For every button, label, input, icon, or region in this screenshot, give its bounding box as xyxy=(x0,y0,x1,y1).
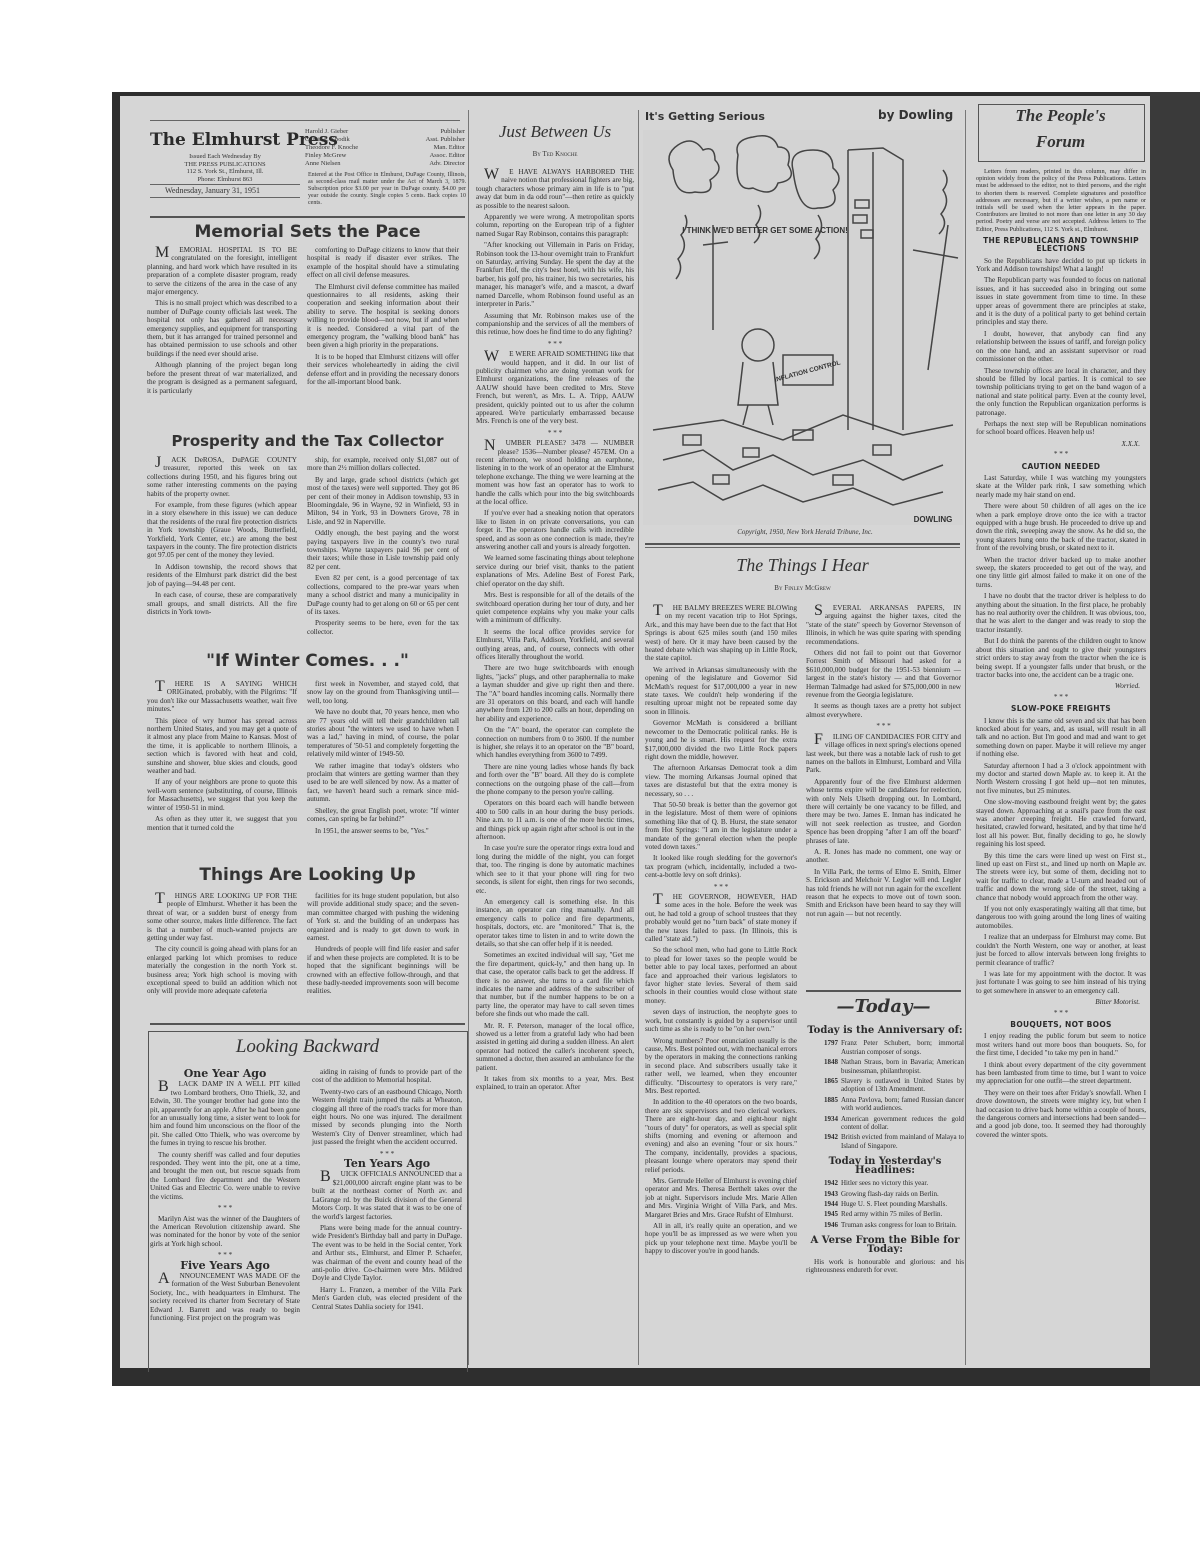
headline-text: Hitler sees no victory this year. xyxy=(841,1179,928,1187)
cartoon-title: It's Getting Serious xyxy=(645,110,765,123)
anniversary-item: 1942British evicted from mainland of Mal… xyxy=(806,1133,964,1150)
separator-stars: * * * xyxy=(645,883,797,891)
paragraph: Harry L. Franzen, a member of the Villa … xyxy=(312,1286,462,1311)
cartoon-label: INFLATION CONTROL xyxy=(774,359,842,383)
headline-year: 1945 xyxy=(806,1210,841,1218)
headline-item: 1946Truman asks congress for loan to Bri… xyxy=(806,1221,964,1229)
letter-signature: X.X.X. xyxy=(976,440,1140,448)
anniversary-item: 1934American government reduces the gold… xyxy=(806,1115,964,1132)
headline-year: 1942 xyxy=(806,1179,841,1187)
one-year-ago-heading: One Year Ago xyxy=(150,1070,300,1078)
section-rule xyxy=(645,547,960,548)
column-byline: By Finley McGrew xyxy=(645,584,960,592)
staff-row: Anne NielsenAdv. Director xyxy=(305,160,465,168)
forum-title-line2: Forum xyxy=(978,132,1143,152)
paragraph: Even 82 per cent, is a good percentage o… xyxy=(307,574,459,616)
anniversary-text: American government reduces the gold con… xyxy=(841,1115,964,1132)
anniversary-year: 1865 xyxy=(806,1077,841,1094)
headline-text: Red army within 75 miles of Berlin. xyxy=(841,1210,942,1218)
letter-heading: BOUQUETS, NOT BOOS xyxy=(976,1021,1146,1029)
paragraph: If you've ever had a sneaking notion tha… xyxy=(476,509,634,551)
looking-backward-title: Looking Backward xyxy=(150,1036,465,1058)
paragraph: It is to be hoped that Elmhurst citizens… xyxy=(307,353,459,387)
editorial-column: THERE IS A SAYING WHICH ORIGinated, prob… xyxy=(147,680,297,835)
peoples-forum-column: Letters from readers, printed in this co… xyxy=(976,168,1146,1363)
paragraph: These township offices are local in char… xyxy=(976,367,1146,417)
paragraph: By this time the cars were lined up west… xyxy=(976,852,1146,902)
paragraph: This is no small project which was descr… xyxy=(147,299,297,358)
paragraph: BLACK DAMP IN A WELL PIT killed two Lomb… xyxy=(150,1080,300,1147)
editorial-column: facilities for its huge student populati… xyxy=(307,892,459,999)
paragraph: facilities for its huge student populati… xyxy=(307,892,459,942)
paragraph: ship, for example, received only $1,087 … xyxy=(307,456,459,473)
today-column: Today is the Anniversary of: 1797Franz P… xyxy=(806,1025,964,1370)
separator-stars: * * * xyxy=(976,693,1146,701)
cartoon-author: by Dowling xyxy=(878,108,953,122)
editorial-column: first week in November, and stayed cold,… xyxy=(307,680,459,838)
staff-name: Harold J. Gieber xyxy=(305,128,348,136)
paragraph: THINGS ARE LOOKING UP FOR THE people of … xyxy=(147,892,297,942)
paragraph: The Elmhurst civil defense committee has… xyxy=(307,283,459,350)
verse-text: His work is honourable and glorious: and… xyxy=(806,1258,964,1275)
masthead-line: Phone: Elmhurst 863 xyxy=(160,176,290,184)
paragraph: Mr. R. F. Peterson, manager of the local… xyxy=(476,1022,634,1072)
separator-stars: * * * xyxy=(806,722,961,730)
paragraph: So the Republicans have decided to put u… xyxy=(976,257,1146,274)
column-divider xyxy=(468,110,469,1365)
paragraph: Shelley, the great English poet, wrote: … xyxy=(307,807,459,824)
paragraph: THERE IS A SAYING WHICH ORIGinated, prob… xyxy=(147,680,297,714)
editorial-column: comforting to DuPage citizens to know th… xyxy=(307,246,459,390)
things-i-hear-column: SEVERAL ARKANSAS PAPERS, IN arguing agai… xyxy=(806,604,961,986)
masthead-entered-notice: Entered at the Post Office in Elmhurst, … xyxy=(308,172,466,207)
paragraph: seven days of instruction, the neophyte … xyxy=(645,1008,797,1033)
masthead-date: Wednesday, January 31, 1951 xyxy=(165,186,260,195)
paragraph: If any of your neighbors are prone to qu… xyxy=(147,778,297,812)
editorial-column: ship, for example, received only $1,087 … xyxy=(307,456,459,639)
editorial-title: "If Winter Comes. . ." xyxy=(150,651,465,671)
date-rule-bottom xyxy=(150,197,300,198)
paragraph: NUMBER PLEASE? 3478 — NUMBER please? 153… xyxy=(476,439,634,506)
headline-year: 1944 xyxy=(806,1200,841,1208)
editorial-title: Things Are Looking Up xyxy=(150,865,465,885)
paragraph: Last Saturday, while I was watching my y… xyxy=(976,474,1146,499)
anniversary-text: Slavery is outlawed in United States by … xyxy=(841,1077,964,1094)
paragraph: Perhaps the next step will be Republican… xyxy=(976,420,1146,437)
looking-backward-column: aiding in raising of funds to provide pa… xyxy=(312,1068,462,1314)
paragraph: That 50-50 break is better than the gove… xyxy=(645,801,797,851)
paragraph: The county sheriff was called and four d… xyxy=(150,1151,300,1201)
headline-item: 1945Red army within 75 miles of Berlin. xyxy=(806,1210,964,1218)
anniversary-year: 1848 xyxy=(806,1058,841,1075)
paragraph: Twenty-two cars of an eastbound Chicago,… xyxy=(312,1088,462,1147)
paragraph: In addition to the 40 operators on the t… xyxy=(645,1098,797,1174)
anniversary-year: 1942 xyxy=(806,1133,841,1150)
paragraph: Operators on this board each will handle… xyxy=(476,799,634,841)
anniversary-year: 1885 xyxy=(806,1096,841,1113)
letter-heading: THE REPUBLICANS AND TOWNSHIP ELECTIONS xyxy=(976,237,1146,254)
paragraph: This piece of wry humor has spread acros… xyxy=(147,717,297,776)
paragraph: Oddly enough, the best paying and the wo… xyxy=(307,529,459,571)
column-byline: By Ted Knoche xyxy=(475,150,635,158)
paragraph: In case you're sure the operator rings e… xyxy=(476,844,634,894)
paragraph: As often as they utter it, we suggest th… xyxy=(147,815,297,832)
letter-heading: CAUTION NEEDED xyxy=(976,463,1146,471)
ten-years-ago-heading: Ten Years Ago xyxy=(312,1160,462,1168)
cartoon-drawing: I THINK WE'D BETTER GET SOME ACTION! INF… xyxy=(643,130,963,525)
paragraph: We arrived in Arkansas simultaneously wi… xyxy=(645,666,797,716)
paragraph: It seems the local office provides servi… xyxy=(476,628,634,662)
paragraph: One slow-moving eastbound freight went b… xyxy=(976,798,1146,848)
headline-text: Growing flash-day raids on Berlin. xyxy=(841,1190,939,1198)
paragraph: comforting to DuPage citizens to know th… xyxy=(307,246,459,280)
paragraph: In Addison township, the record shows th… xyxy=(147,563,297,588)
paragraph: Governor McMath is considered a brillian… xyxy=(645,719,797,761)
paragraph: They were on their toes after Friday's s… xyxy=(976,1089,1146,1139)
section-rule xyxy=(645,543,960,545)
verse-heading: A Verse From the Bible for Today: xyxy=(806,1237,964,1254)
paragraph: Others did not fail to point out that Go… xyxy=(806,649,961,699)
looking-backward-column: One Year Ago BLACK DAMP IN A WELL PIT ki… xyxy=(150,1068,300,1325)
section-rule xyxy=(150,1023,465,1025)
today-top-rule xyxy=(806,990,961,992)
staff-name: Finley McGrew xyxy=(305,152,346,160)
paragraph: The Republican party was founded to focu… xyxy=(976,276,1146,326)
staff-role: Publisher xyxy=(440,128,465,136)
paragraph: I enjoy reading the public forum but see… xyxy=(976,1032,1146,1057)
headline-year: 1943 xyxy=(806,1190,841,1198)
separator-stars: * * * xyxy=(476,340,634,348)
paragraph: When the tractor driver backed up to mak… xyxy=(976,556,1146,590)
staff-role: Adv. Director xyxy=(429,160,465,168)
anniversary-item: 1885Anna Pavlova, born; famed Russian da… xyxy=(806,1096,964,1113)
paragraph: SEVERAL ARKANSAS PAPERS, IN arguing agai… xyxy=(806,604,961,646)
anniversary-item: 1848Nathan Straus, born in Bavaria; Amer… xyxy=(806,1058,964,1075)
forum-title-line1: The People's xyxy=(978,106,1143,126)
paragraph: I know this is the same old seven and si… xyxy=(976,717,1146,759)
editorial-column: JACK DeROSA, DuPAGE COUNTY treasurer, re… xyxy=(147,456,297,619)
paragraph: WE WERE AFRAID SOMETHING like that would… xyxy=(476,350,634,426)
film-edge-strip: KODAK SAFETY FILM xyxy=(1150,92,1200,1386)
paragraph: We have no doubt that, 70 years hence, m… xyxy=(307,708,459,758)
paragraph: I was late for my appointment with the d… xyxy=(976,970,1146,995)
masthead-line: THE PRESS PUBLICATIONS xyxy=(160,161,290,169)
headline-year: 1946 xyxy=(806,1221,841,1229)
today-title: —Today— xyxy=(806,996,961,1017)
editorial-column: THINGS ARE LOOKING UP FOR THE people of … xyxy=(147,892,297,999)
masthead-subtitle: Issued Each Wednesday By THE PRESS PUBLI… xyxy=(160,153,290,183)
headline-text: Truman asks congress for loan to Britain… xyxy=(841,1221,957,1229)
anniversary-item: 1797Franz Peter Schubert, born; immortal… xyxy=(806,1039,964,1056)
paragraph: Wrong numbers? Poor enunciation usually … xyxy=(645,1037,797,1096)
paragraph: An emergency call is something else. In … xyxy=(476,898,634,948)
paragraph: In 1951, the answer seems to be, "Yes." xyxy=(307,827,459,835)
paragraph: Apparently four of the five Elmhurst ald… xyxy=(806,778,961,845)
cartoon-signature: DOWLING xyxy=(914,515,953,524)
paragraph: Mrs. Gertrude Heller of Elmhurst is even… xyxy=(645,1177,797,1219)
paragraph: Apparently we were wrong. A metropolitan… xyxy=(476,213,634,238)
paragraph: There are nine young ladies whose hands … xyxy=(476,763,634,797)
paragraph: I think about every department of the ci… xyxy=(976,1061,1146,1086)
paragraph: It takes from six months to a year, Mrs.… xyxy=(476,1075,634,1092)
masthead-line: 112 S. York St., Elmhurst, Ill. xyxy=(160,168,290,176)
paragraph: BUICK OFFICIALS ANNOUNCED that a $21,000… xyxy=(312,1170,462,1220)
staff-row: Finley McGrewAssoc. Editor xyxy=(305,152,465,160)
paragraph: There are two huge switchboards with eno… xyxy=(476,664,634,723)
just-between-us-column: WE HAVE ALWAYS HARBORED THE naive notion… xyxy=(476,168,634,1368)
paragraph: WE HAVE ALWAYS HARBORED THE naive notion… xyxy=(476,168,634,210)
paragraph: All in all, it's really quite an operati… xyxy=(645,1222,797,1256)
paragraph: For example, from these figures (which a… xyxy=(147,501,297,560)
paragraph: aiding in raising of funds to provide pa… xyxy=(312,1068,462,1085)
headline-text: Huge U. S. Fleet pounding Marshalls. xyxy=(841,1200,947,1208)
five-years-ago-heading: Five Years Ago xyxy=(150,1262,300,1270)
staff-role: Assoc. Editor xyxy=(430,152,465,160)
column-divider xyxy=(638,110,639,1365)
anniversary-heading: Today is the Anniversary of: xyxy=(806,1027,964,1035)
paragraph: Hundreds of people will find life easier… xyxy=(307,945,459,995)
paragraph: So the school men, who had gone to Littl… xyxy=(645,946,797,1005)
anniversary-year: 1934 xyxy=(806,1115,841,1132)
staff-role: Asst. Publisher xyxy=(426,136,465,144)
paragraph: We rather imagine that today's oldsters … xyxy=(307,762,459,804)
staff-name: Anne Nielsen xyxy=(305,160,341,168)
headline-item: 1943Growing flash-day raids on Berlin. xyxy=(806,1190,964,1198)
paragraph: It looked like rough sledding for the go… xyxy=(645,854,797,879)
paragraph: FILING OF CANDIDACIES FOR CITY and villa… xyxy=(806,733,961,775)
paragraph: JACK DeROSA, DuPAGE COUNTY treasurer, re… xyxy=(147,456,297,498)
staff-name: Calvin F. Koodik xyxy=(305,136,350,144)
paragraph: Prosperity seems to be here, even for th… xyxy=(307,619,459,636)
anniversary-year: 1797 xyxy=(806,1039,841,1056)
masthead-line: Issued Each Wednesday By xyxy=(160,153,290,161)
paragraph: In Villa Park, the terms of Elmo E. Smit… xyxy=(806,868,961,918)
staff-role: Man. Editor xyxy=(434,144,465,152)
anniversary-item: 1865Slavery is outlawed in United States… xyxy=(806,1077,964,1094)
editorial-title: Memorial Sets the Pace xyxy=(150,222,465,242)
things-i-hear-column: THE BALMY BREEZES WERE BLOWing on my rec… xyxy=(645,604,797,1364)
paragraph: first week in November, and stayed cold,… xyxy=(307,680,459,705)
paragraph: Although planning of the project began l… xyxy=(147,361,297,395)
headline-item: 1942Hitler sees no victory this year. xyxy=(806,1179,964,1187)
paragraph: I doubt, however, that anybody can find … xyxy=(976,330,1146,364)
paragraph: But I do think the parents of the childr… xyxy=(976,637,1146,679)
editorial-column: MEMORIAL HOSPITAL IS TO BE congratulated… xyxy=(147,246,297,398)
cartoon-caption: Copyright, 1950, New York Herald Tribune… xyxy=(660,528,950,536)
column-title: The Things I Hear xyxy=(645,555,960,576)
paragraph: I have no doubt that the tractor driver … xyxy=(976,592,1146,634)
paragraph: Sometimes an excited individual will say… xyxy=(476,951,634,1018)
paragraph: The afternoon Arkansas Democrat took a d… xyxy=(645,764,797,798)
forum-intro: Letters from readers, printed in this co… xyxy=(976,168,1146,233)
paragraph: We learned some fascinating things about… xyxy=(476,554,634,588)
date-rule-top xyxy=(150,184,300,185)
paragraph: "After knocking out Villemain in Paris o… xyxy=(476,241,634,308)
letter-signature: Worried. xyxy=(976,682,1140,690)
paragraph: On the "A" board, the operator can compl… xyxy=(476,726,634,760)
paragraph: THE BALMY BREEZES WERE BLOWing on my rec… xyxy=(645,604,797,663)
masthead-top-rule xyxy=(150,120,460,121)
paragraph: THE GOVERNOR, HOWEVER, HAD some aces in … xyxy=(645,893,797,943)
headline-item: 1944Huge U. S. Fleet pounding Marshalls. xyxy=(806,1200,964,1208)
separator-stars: * * * xyxy=(976,1009,1146,1017)
separator-stars: * * * xyxy=(150,1204,300,1212)
paragraph: Assuming that Mr. Robinson makes use of … xyxy=(476,312,634,337)
editorial-cartoon: I THINK WE'D BETTER GET SOME ACTION! INF… xyxy=(643,130,963,525)
letter-signature: Bitter Motorist. xyxy=(976,998,1140,1006)
anniversary-text: Franz Peter Schubert, born; immortal Aus… xyxy=(841,1039,964,1056)
paragraph: Mrs. Best is responsible for all of the … xyxy=(476,591,634,625)
paragraph: By and large, grade school districts (wh… xyxy=(307,476,459,526)
masthead-bottom-rule xyxy=(150,216,465,218)
paragraph: The city council is going ahead with pla… xyxy=(147,945,297,995)
headlines-heading: Today in Yesterday's Headlines: xyxy=(806,1158,964,1175)
paragraph: There were about 50 children of all ages… xyxy=(976,502,1146,552)
editorial-title: Prosperity and the Tax Collector xyxy=(150,432,465,450)
paragraph: Marilyn Aist was the winner of the Daugh… xyxy=(150,1215,300,1249)
anniversary-text: British evicted from mainland of Malaya … xyxy=(841,1133,964,1150)
paragraph: MEMORIAL HOSPITAL IS TO BE congratulated… xyxy=(147,246,297,296)
masthead-staff: Harold J. GieberPublisher Calvin F. Kood… xyxy=(305,128,465,168)
paragraph: ANNOUNCEMENT WAS MADE OF the formation o… xyxy=(150,1272,300,1322)
column-divider xyxy=(965,110,966,1365)
separator-stars: * * * xyxy=(476,429,634,437)
paragraph: I realize that an underpass for Elmhurst… xyxy=(976,933,1146,967)
paragraph: It seems as though taxes are a pretty ho… xyxy=(806,702,961,719)
anniversary-text: Nathan Straus, born in Bavaria; American… xyxy=(841,1058,964,1075)
separator-stars: * * * xyxy=(976,450,1146,458)
paragraph: In each case, of course, these are compa… xyxy=(147,591,297,616)
staff-name: Theodore F. Knoche xyxy=(305,144,358,152)
anniversary-text: Anna Pavlova, born; famed Russian dancer… xyxy=(841,1096,964,1113)
cartoon-speech: I THINK WE'D BETTER GET SOME ACTION! xyxy=(682,226,848,235)
staff-row: Calvin F. KoodikAsst. Publisher xyxy=(305,136,465,144)
paragraph: Plans were being made for the annual cou… xyxy=(312,1224,462,1283)
column-title: Just Between Us xyxy=(475,122,635,142)
paragraph: If you not only exasperatingly waiting a… xyxy=(976,905,1146,930)
staff-row: Theodore F. KnocheMan. Editor xyxy=(305,144,465,152)
paragraph: A. R. Jones has made no comment, one way… xyxy=(806,848,961,865)
staff-row: Harold J. GieberPublisher xyxy=(305,128,465,136)
paragraph: Saturday afternoon I had a 3 o'clock app… xyxy=(976,762,1146,796)
letter-heading: SLOW-POKE FREIGHTS xyxy=(976,705,1146,713)
